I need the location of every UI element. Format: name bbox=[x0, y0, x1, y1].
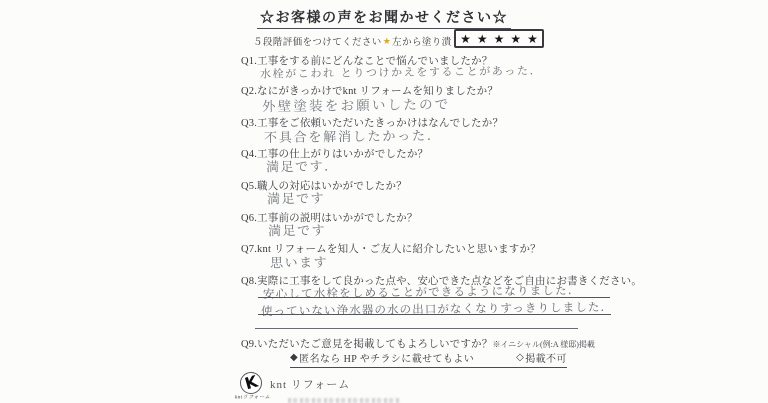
star-icon: ★ bbox=[477, 33, 488, 45]
star-icon: ★ bbox=[460, 33, 471, 45]
handwritten-answer-q2: 外壁塗装をお願いしたので bbox=[262, 93, 451, 115]
handwritten-answer-q7: 思います bbox=[270, 252, 328, 272]
logo-caption: kntリフォーム bbox=[235, 393, 270, 400]
handwritten-answer-q6: 満足です bbox=[268, 220, 326, 240]
handwritten-answer-q4: 満足です. bbox=[266, 156, 330, 176]
hollow-diamond-icon: ◇ bbox=[516, 352, 524, 363]
handwritten-answer-q3: 不具合を解消したかった. bbox=[264, 125, 433, 146]
star-icon: ★ bbox=[527, 33, 538, 45]
options-gap bbox=[474, 350, 516, 365]
logo-k-icon: K bbox=[243, 372, 260, 394]
handwritten-answer-q8-line2: 使っていない浄水器の水の出口がなくなりすっきりしました. bbox=[261, 299, 605, 319]
filled-diamond-icon: ◆ bbox=[290, 352, 298, 363]
brand-name: knt リフォーム bbox=[270, 376, 350, 392]
handwritten-answer-q1: 水栓がこわれ とりつけかえをすることがあった. bbox=[260, 62, 535, 81]
question-q9-note: ※イニシャル(例:A 様邸)掲載 bbox=[492, 340, 594, 349]
page-title: ☆お客様の声をお聞かせください☆ bbox=[0, 7, 768, 27]
yellow-star-icon: ★ bbox=[383, 37, 391, 46]
star-icon: ★ bbox=[494, 33, 505, 45]
question-q9: Q9.いただいたご意見を掲載してもよろしいですか？※イニシャル(例:A 様邸)掲… bbox=[241, 336, 595, 351]
publish-option-not-allowed: ◇ 掲載不可 bbox=[516, 350, 567, 365]
rating-instruction-prefix: ５段階評価をつけてください bbox=[253, 34, 382, 48]
publish-option-anonymous-ok-label: 匿名なら HP やチラシに載せてもよい bbox=[299, 350, 474, 365]
publish-option-not-allowed-label: 掲載不可 bbox=[525, 350, 567, 365]
handwritten-answer-q5: 満足です bbox=[267, 188, 325, 208]
answer-underline-3-blank bbox=[255, 328, 578, 329]
publish-option-anonymous-ok: ◆ 匿名なら HP やチラシに載せてもよい bbox=[290, 350, 474, 365]
question-q9-label: Q9.いただいたご意見を掲載してもよろしいですか？ bbox=[241, 339, 492, 350]
customer-voice-sheet: ☆お客様の声をお聞かせください☆ ５段階評価をつけてください ★ 左から塗り潰し… bbox=[0, 0, 768, 403]
answer-underline-2 bbox=[258, 314, 611, 315]
cut-off-text-fragment bbox=[288, 398, 400, 403]
star-rating-box: ★ ★ ★ ★ ★ bbox=[454, 29, 544, 48]
company-logo: K bbox=[240, 372, 262, 394]
star-icon: ★ bbox=[510, 33, 521, 45]
publish-options-row: ◆ 匿名なら HP やチラシに載せてもよい ◇ 掲載不可 bbox=[290, 350, 567, 368]
answer-underline-1 bbox=[258, 297, 610, 298]
